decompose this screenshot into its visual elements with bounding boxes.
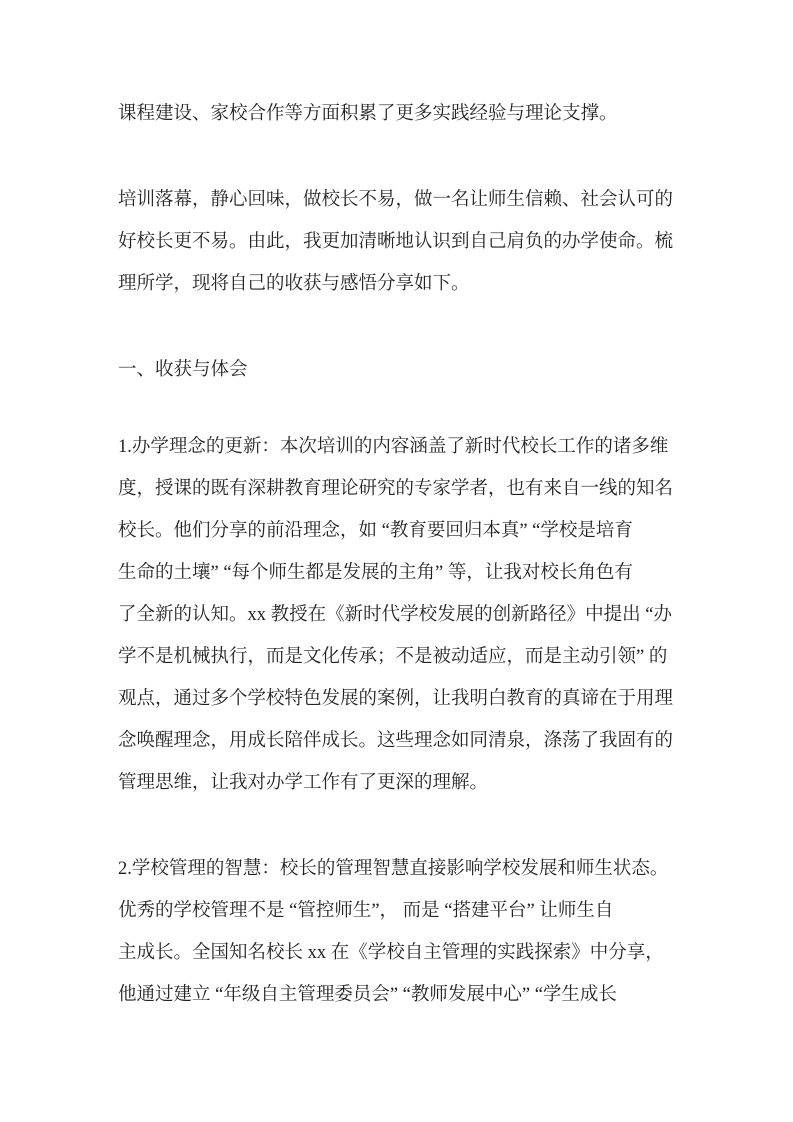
document-body: 课程建设、家校合作等方面积累了更多实践经验与理论支撑。培训落幕，静心回味，做校长… [118,93,683,1016]
text-line: 一、收获与体会 [118,349,683,391]
text-line: 1.办学理念的更新：本次培训的内容涵盖了新时代校长工作的诸多维 [118,426,683,468]
text-line: 优秀的学校管理不是 “管控师生”， 而是 “搭建平台” 让师生自 [118,890,683,932]
paragraph: 2.学校管理的智慧：校长的管理智慧直接影响学校发展和师生状态。优秀的学校管理不是… [118,848,683,1016]
text-line: 课程建设、家校合作等方面积累了更多实践经验与理论支撑。 [118,93,683,135]
text-line: 2.学校管理的智慧：校长的管理智慧直接影响学校发展和师生状态。 [118,848,683,890]
text-line: 度，授课的既有深耕教育理论研究的专家学者，也有来自一线的知名 [118,468,683,510]
text-line: 念唤醒理念，用成长陪伴成长。这些理念如同清泉，涤荡了我固有的 [118,720,683,762]
text-line: 了全新的认知。xx 教授在《新时代学校发展的创新路径》中提出 “办 [118,594,683,636]
section-heading: 一、收获与体会 [118,349,683,391]
text-line: 好校长更不易。由此，我更加清晰地认识到自己肩负的办学使命。梳 [118,221,683,263]
paragraph: 课程建设、家校合作等方面积累了更多实践经验与理论支撑。 [118,93,683,135]
text-line: 他通过建立 “年级自主管理委员会” “教师发展中心” “学生成长 [118,974,683,1016]
document-page: 课程建设、家校合作等方面积累了更多实践经验与理论支撑。培训落幕，静心回味，做校长… [0,0,793,1122]
text-line: 主成长。全国知名校长 xx 在《学校自主管理的实践探索》中分享， [118,932,683,974]
text-line: 培训落幕，静心回味，做校长不易，做一名让师生信赖、社会认可的 [118,179,683,221]
text-line: 管理思维，让我对办学工作有了更深的理解。 [118,762,683,804]
text-line: 学不是机械执行，而是文化传承；不是被动适应，而是主动引领” 的 [118,636,683,678]
text-line: 校长。他们分享的前沿理念，如 “教育要回归本真” “学校是培育 [118,510,683,552]
paragraph: 培训落幕，静心回味，做校长不易，做一名让师生信赖、社会认可的好校长更不易。由此，… [118,179,683,305]
text-line: 理所学，现将自己的收获与感悟分享如下。 [118,263,683,305]
paragraph: 1.办学理念的更新：本次培训的内容涵盖了新时代校长工作的诸多维度，授课的既有深耕… [118,426,683,804]
text-line: 生命的土壤” “每个师生都是发展的主角” 等，让我对校长角色有 [118,552,683,594]
text-line: 观点，通过多个学校特色发展的案例，让我明白教育的真谛在于用理 [118,678,683,720]
